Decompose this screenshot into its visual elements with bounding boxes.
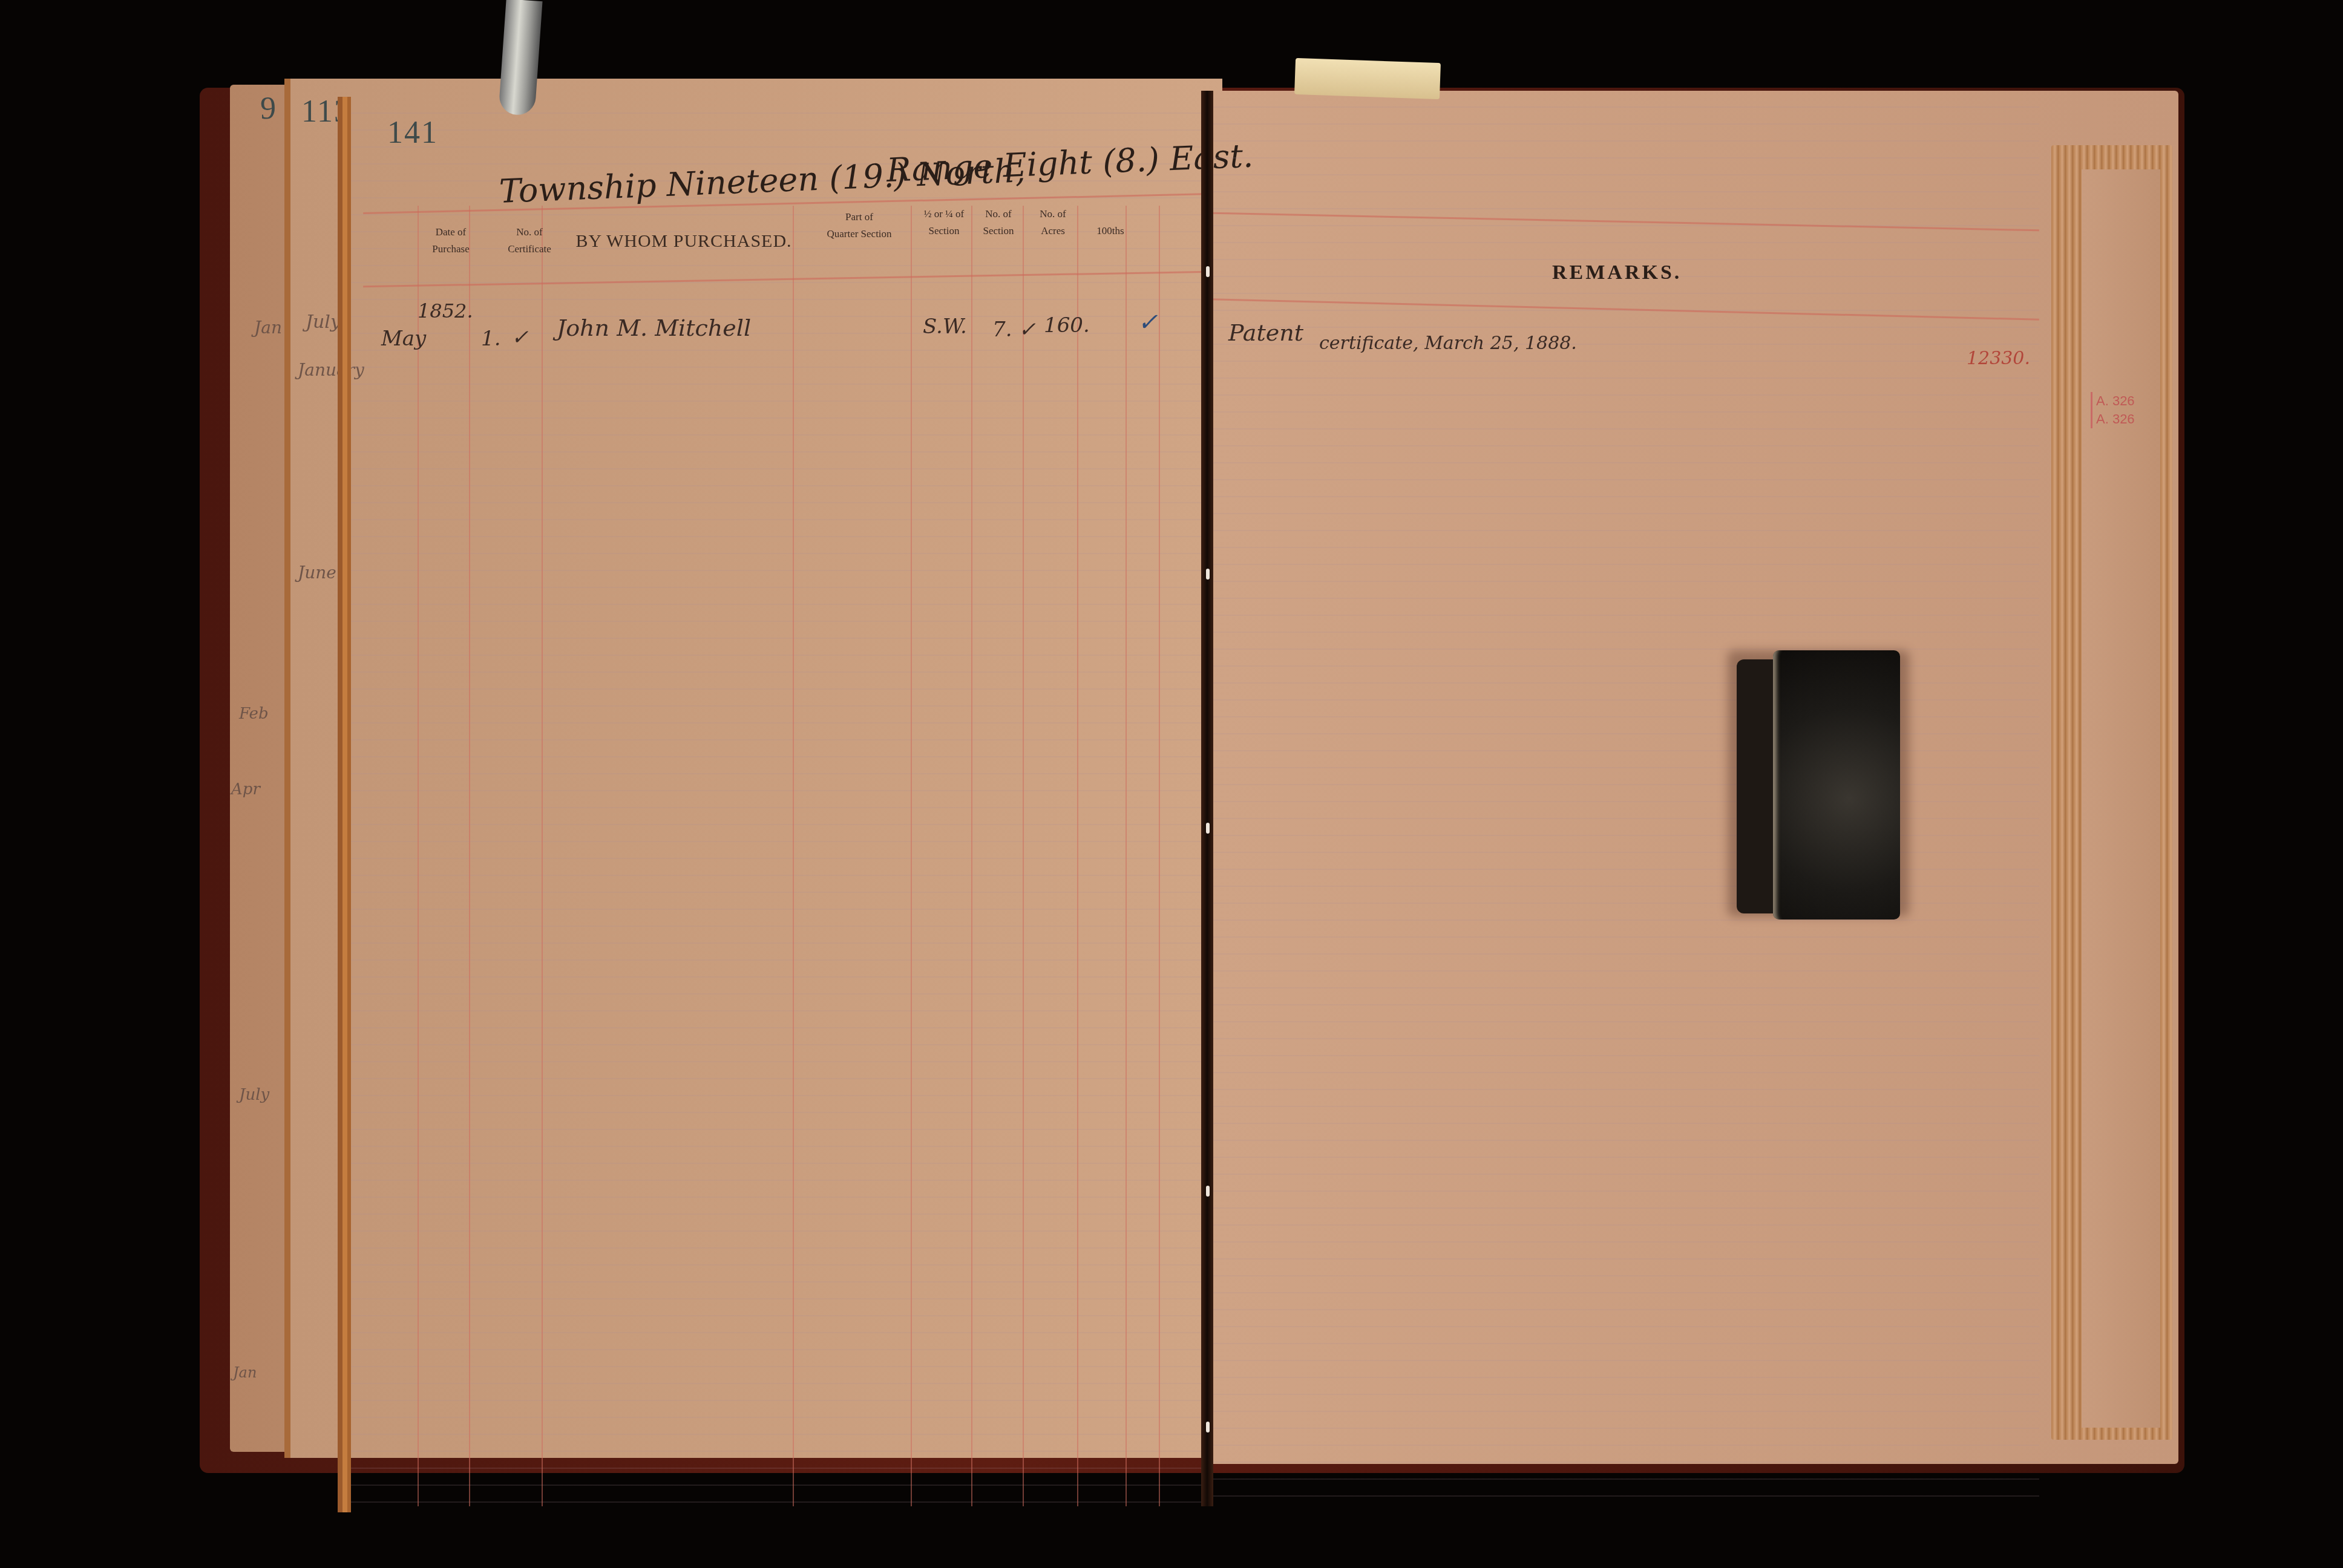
header-rule-bottom [363, 271, 1210, 287]
entry-purchaser: John M. Mitchell [557, 315, 751, 341]
entry-acres: 160. [1044, 313, 1090, 338]
margin-note: June [298, 563, 336, 583]
column-rule [1077, 206, 1078, 1506]
col-header-half-quarter: ½ or ¼ of Section [914, 206, 974, 240]
ledger-page-left [351, 97, 1210, 1512]
remark-label: Patent [1228, 319, 1303, 346]
underlying-page-right [2082, 169, 2160, 1428]
col-header-purchaser: BY WHOM PURCHASED. [569, 233, 799, 250]
remark-red-note: 12330. [1967, 348, 2030, 369]
binding-stitch [1206, 569, 1210, 580]
paperweight[interactable] [1773, 650, 1900, 920]
entry-year: 1852. [418, 299, 473, 322]
binding-stitch [1206, 823, 1210, 834]
column-rule [793, 206, 794, 1506]
margin-note: Feb [239, 705, 269, 723]
col-header-acres: No. of Acres [1023, 206, 1083, 240]
col-header-section-no: No. of Section [971, 206, 1026, 240]
col-header-hundredths: 100ths [1083, 223, 1138, 240]
binding-stitch [1206, 1422, 1210, 1432]
binding-stitch [1206, 1186, 1210, 1197]
margin-note: Jan [254, 318, 282, 338]
col-header-certificate: No. of Certificate [502, 224, 557, 258]
col-header-quarter-section: Part of Quarter Section [799, 209, 920, 243]
verification-check-icon: ✓ [1138, 309, 1158, 336]
header-rule-lower [1210, 298, 2039, 320]
binding-stitch [1206, 266, 1210, 277]
book-gutter [1201, 91, 1213, 1506]
certificate-check-icon: ✓ [511, 325, 529, 350]
entry-section: 7. ✓ [992, 318, 1036, 342]
column-rule [542, 206, 543, 1506]
column-rule [1126, 206, 1127, 1506]
header-rule-bottom [1210, 212, 2039, 232]
right-margin-notes: A. 326 A. 326 [2091, 392, 2135, 428]
entry-half-quarter: S.W. [923, 315, 967, 339]
page-tab-number[interactable]: 9 [260, 91, 277, 126]
column-rule [1023, 206, 1024, 1506]
paper-slip-bookmark [1294, 58, 1441, 99]
column-rule [418, 206, 419, 1506]
margin-note: July [239, 1086, 269, 1104]
remark-text: certificate, March 25, 1888. [1319, 333, 1577, 354]
page-tab-number[interactable]: 113 [301, 94, 351, 129]
entry-month: May [381, 327, 426, 351]
margin-note: Jan [233, 1364, 257, 1381]
column-rule [1159, 206, 1160, 1506]
entry-day: 1. [481, 327, 500, 351]
page-number: 141 [387, 115, 438, 151]
margin-note: July [306, 312, 341, 333]
column-rule [469, 206, 470, 1506]
remarks-heading: REMARKS. [1552, 261, 1682, 284]
column-rule [971, 206, 972, 1506]
ledger-page-right [1210, 91, 2039, 1500]
column-rule [911, 206, 912, 1506]
margin-note: Apr [231, 780, 260, 799]
col-header-date: Date of Purchase [418, 224, 484, 258]
